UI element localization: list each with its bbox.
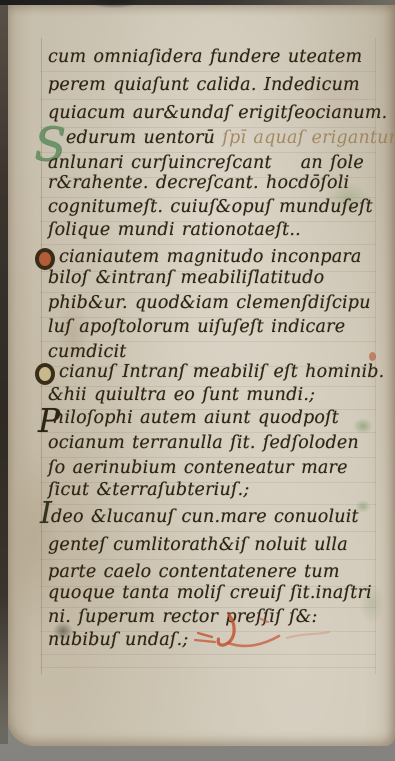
manuscript-line: quoque tanta moliſ creuiſ ſit.inaſtri — [48, 581, 372, 605]
manuscript-line: nubibuſ undaſ.; — [48, 628, 188, 652]
manuscript-line: cum omniaſidera fundere uteatem — [48, 45, 362, 69]
line-text: genteſ cumlitorath&iſ noluit ulla — [48, 535, 348, 555]
manuscript-line: ſolique mundi rationotaeſt.. — [48, 218, 301, 242]
manuscript-line: &hii quiultra eo ſunt mundi.; — [48, 383, 315, 407]
line-text: cianiautem magnitudo inconpara — [59, 247, 362, 267]
line-text: anlunari curſuincreſcant an ſole — [48, 153, 364, 173]
manuscript-line: cognitumeſt. cuiuſ&opuſ munduſeſt — [48, 195, 373, 219]
manuscript-line: genteſ cumlitorath&iſ noluit ulla — [48, 533, 348, 557]
line-text: r&rahente. decreſcant. hocdōſoli — [48, 173, 349, 193]
manuscript-photo: cum omniaſidera fundere uteatemperem qui… — [0, 0, 395, 761]
manuscript-line: ocianum terranulla ſit. ſedſoloden — [48, 431, 359, 455]
manuscript-line: quiacum aur&undaſ erigitſeocianum. — [48, 101, 387, 125]
manuscript-line: Ideo &lucanuſ cun.mare conuoluit — [48, 505, 359, 529]
line-text: cognitumeſt. cuiuſ&opuſ munduſeſt — [48, 197, 373, 217]
line-text: biloſ &intranſ meabiliſlatitudo — [48, 268, 324, 288]
line-text: deo &lucanuſ cun.mare conuoluit — [51, 507, 359, 527]
red-ink-mark — [191, 608, 341, 660]
line-text: cianuſ Intranſ meabiliſ eſt hominib. — [59, 362, 384, 382]
line-text: edurum uentorū — [66, 128, 222, 148]
line-text: luſ apoſtolorum uiſuſeſt indicare — [48, 317, 345, 337]
line-text: hiloſophi autem aiunt quodpoſt — [53, 408, 339, 428]
line-text: nubibuſ undaſ.; — [48, 630, 188, 650]
manuscript-line: Philoſophi autem aiunt quodpoſt — [48, 406, 339, 430]
line-text: perem quiaſunt calida. Indedicum — [48, 75, 360, 95]
line-text: phib&ur. quod&iam clemenſdiſcipu — [48, 293, 371, 313]
manuscript-line: Sedurum uentorū ſpī aquaſ erigantur — [48, 126, 395, 150]
line-text: cum omniaſidera fundere uteatem — [48, 47, 362, 67]
line-text: quoque tanta moliſ creuiſ ſit.inaſtri — [48, 583, 372, 603]
line-text: ocianum terranulla ſit. ſedſoloden — [48, 433, 359, 453]
line-text: cumdicit — [48, 342, 127, 362]
line-text: &hii quiultra eo ſunt mundi.; — [48, 385, 315, 405]
faded-line-text: ſpī aquaſ erigantur — [222, 128, 395, 148]
line-text: ſo aerinubium conteneatur mare — [48, 458, 348, 478]
illuminated-initial: I — [40, 499, 52, 529]
illuminated-initial — [35, 363, 55, 385]
line-text: parte caelo contentatenere tum — [48, 562, 340, 582]
line-text: quiacum aur&undaſ erigitſeocianum. — [48, 103, 387, 123]
parchment-page: cum omniaſidera fundere uteatemperem qui… — [7, 4, 395, 746]
photo-top-edge — [0, 0, 395, 5]
manuscript-line: cianuſ Intranſ meabiliſ eſt hominib. — [48, 360, 384, 384]
manuscript-line: ſo aerinubium conteneatur mare — [48, 456, 348, 480]
stain — [88, 0, 140, 8]
manuscript-line: phib&ur. quod&iam clemenſdiſcipu — [48, 291, 371, 315]
page-gutter-shadow — [0, 4, 8, 744]
line-text: ſicut &terraſubteriuſ.; — [48, 480, 249, 500]
manuscript-line: luſ apoſtolorum uiſuſeſt indicare — [48, 315, 345, 339]
line-text: ſolique mundi rationotaeſt.. — [48, 220, 301, 240]
manuscript-line: ſicut &terraſubteriuſ.; — [48, 478, 249, 502]
manuscript-line: r&rahente. decreſcant. hocdōſoli — [48, 171, 349, 195]
manuscript-line: perem quiaſunt calida. Indedicum — [48, 73, 360, 97]
manuscript-line: biloſ &intranſ meabiliſlatitudo — [48, 266, 324, 290]
